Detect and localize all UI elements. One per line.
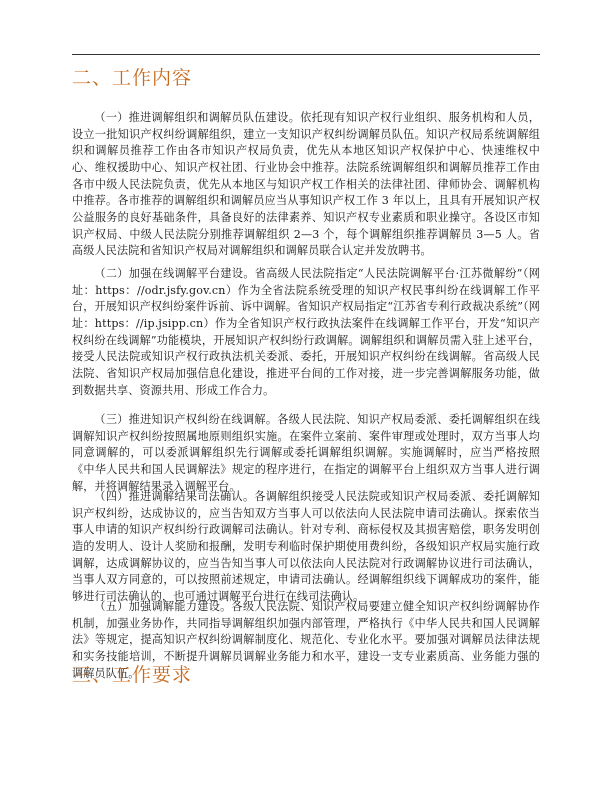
paragraph-mediation-organizations: （一）推进调解组织和调解员队伍建设。依托现有知识产权行业组织、服务机构和人员，设… <box>72 110 540 260</box>
section-heading-work-requirements: 三、工作要求 <box>72 663 192 687</box>
header-rule <box>72 54 540 55</box>
document-page: 二、工作内容 （一）推进调解组织和调解员队伍建设。依托现有知识产权行业组织、服务… <box>0 0 612 792</box>
paragraph-online-platform: （二）加强在线调解平台建设。省高级人民法院指定“人民法院调解平台·江苏微解纷”（… <box>72 266 540 399</box>
section-heading-work-content: 二、工作内容 <box>72 66 192 90</box>
paragraph-online-mediation: （三）推进知识产权纠纷在线调解。各级人民法院、知识产权局委派、委托调解组织在线调… <box>72 412 540 495</box>
paragraph-judicial-confirmation: （四）推进调解结果司法确认。各调解组织接受人民法院或知识产权局委派、委托调解知识… <box>72 489 540 606</box>
